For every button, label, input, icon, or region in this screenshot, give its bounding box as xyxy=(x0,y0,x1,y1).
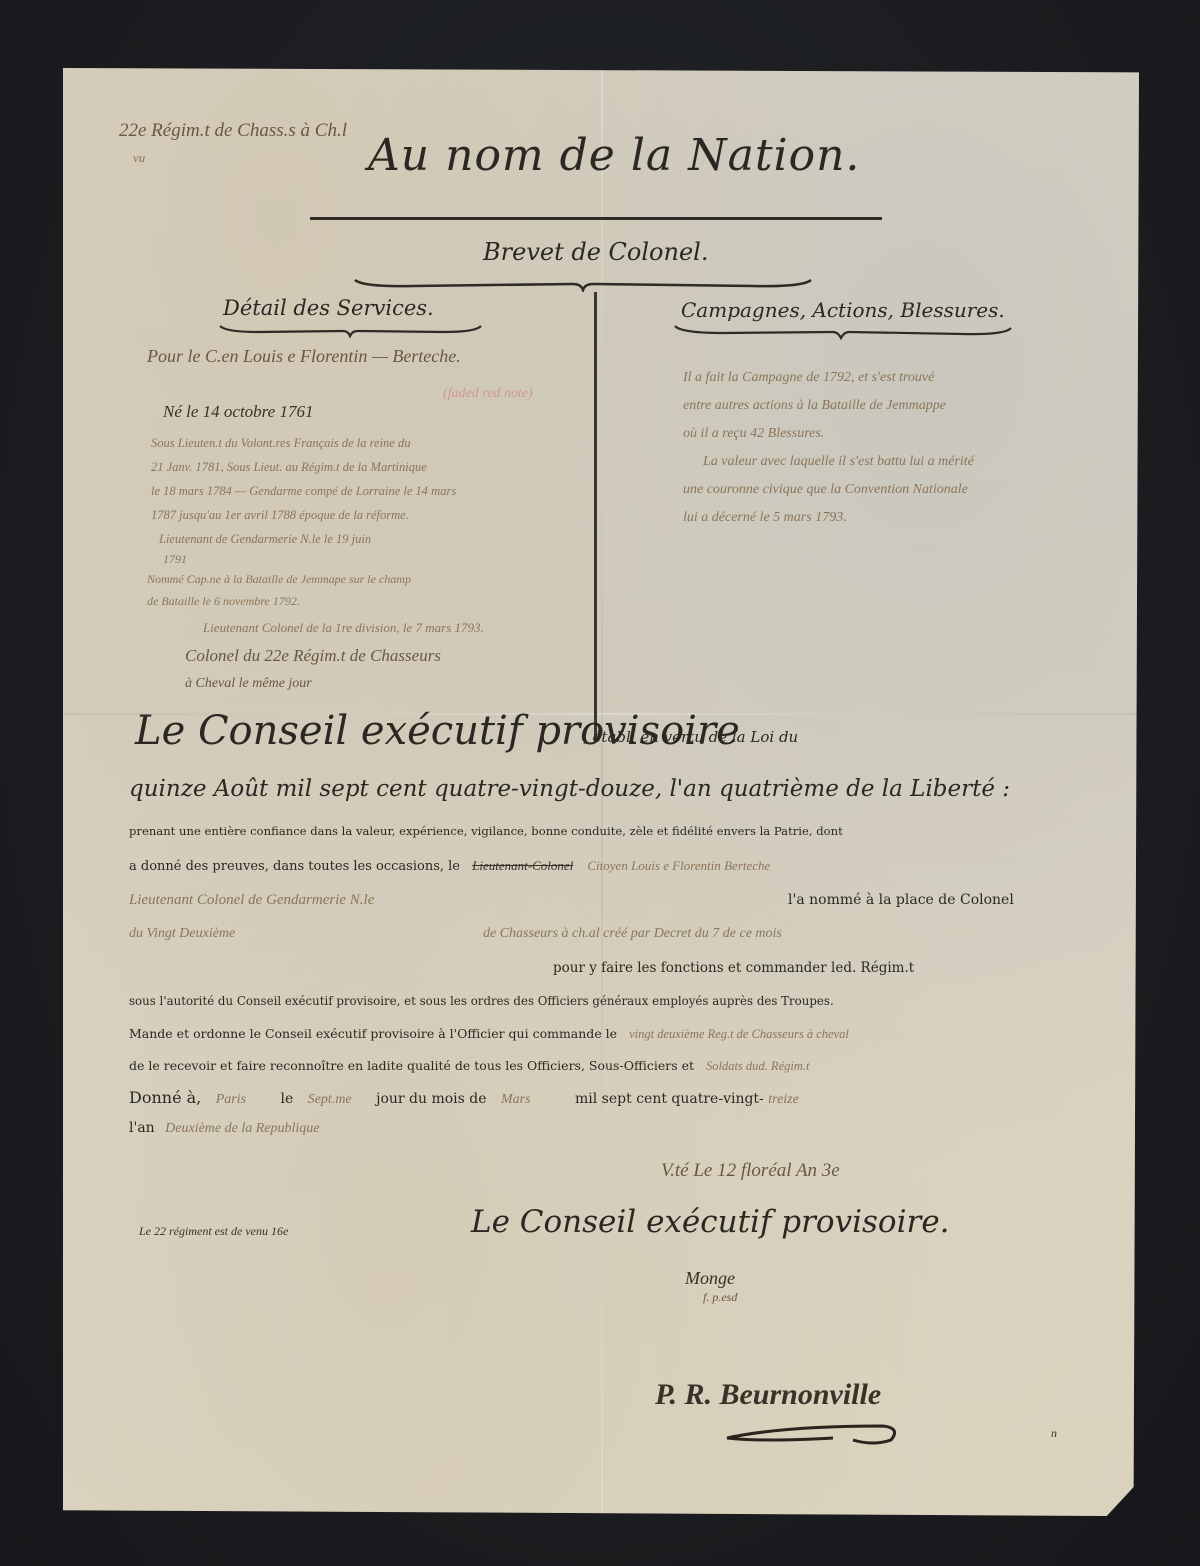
service-line: de Bataille le 6 novembre 1792. xyxy=(147,594,300,609)
subtitle-brace xyxy=(353,278,813,288)
top-note: 22e Régim.t de Chass.s à Ch.l xyxy=(119,120,347,142)
service-line: Nommé Cap.ne à la Bataille de Jemmape su… xyxy=(147,572,411,587)
campaign-line: Il a fait la Campagne de 1792, et s'est … xyxy=(683,370,934,386)
signature-beurnonville: P. R. Beurnonville xyxy=(655,1378,881,1412)
recipient-name-line: Pour le C.en Louis e Florentin — Bertech… xyxy=(147,346,461,367)
service-line: Lieutenant de Gendarmerie N.le le 19 jui… xyxy=(159,532,371,547)
registration-note: V.té Le 12 floréal An 3e xyxy=(661,1160,840,1182)
republic-year-line: l'an Deuxième de la Republique xyxy=(129,1120,319,1137)
service-line: Lieutenant Colonel de la 1re division, l… xyxy=(203,620,484,636)
column-divider xyxy=(594,292,597,742)
title-rule xyxy=(310,217,882,220)
body-line: pour y faire les fonctions et commander … xyxy=(553,960,914,976)
campaign-line: une couronne civique que la Convention N… xyxy=(683,482,968,498)
day: Sept.me xyxy=(308,1092,352,1107)
printed-text: Donné à, xyxy=(129,1088,201,1107)
handwritten-text: Soldats dud. Régim.t xyxy=(706,1059,809,1073)
body-line: prenant une entière confiance dans la va… xyxy=(129,824,843,838)
handwritten-text: vingt deuxième Reg.t de Chasseurs à chev… xyxy=(629,1027,849,1041)
top-note-vu: vu xyxy=(133,150,145,166)
given-at-line: Donné à, Paris le Sept.me jour du mois d… xyxy=(129,1088,799,1108)
closing-title: Le Conseil exécutif provisoire. xyxy=(471,1204,950,1240)
right-heading-brace xyxy=(673,324,1013,334)
handwritten-text: Deuxième de la Republique xyxy=(165,1121,319,1136)
service-line: Né le 14 octobre 1761 xyxy=(163,402,313,422)
service-line: 1787 jusqu'au 1er avril 1788 époque de l… xyxy=(151,508,409,523)
body-opening-rest: , établi en vertu de la Loi du xyxy=(583,728,798,746)
body-line-printed: l'a nommé à la place de Colonel xyxy=(788,892,1014,908)
body-line: Mande et ordonne le Conseil exécutif pro… xyxy=(129,1026,849,1042)
printed-text: mil sept cent quatre-vingt- xyxy=(575,1091,764,1107)
document-subtitle: Brevet de Colonel. xyxy=(483,238,708,266)
left-column-heading: Détail des Services. xyxy=(223,296,434,320)
body-line-hand: du Vingt Deuxième xyxy=(129,926,235,942)
body-line: sous l'autorité du Conseil exécutif prov… xyxy=(129,994,834,1008)
signature-monge: Monge xyxy=(685,1268,735,1289)
body-line-hand: de Chasseurs à ch.al créé par Decret du … xyxy=(483,926,782,942)
place: Paris xyxy=(216,1092,246,1107)
service-line: Colonel du 22e Régim.t de Chasseurs xyxy=(185,646,441,666)
campaign-line: entre autres actions à la Bataille de Je… xyxy=(683,398,946,414)
year: treize xyxy=(768,1092,799,1107)
printed-text: l'an xyxy=(129,1120,155,1136)
document-paper: 22e Régim.t de Chass.s à Ch.l vu Au nom … xyxy=(63,68,1139,1516)
printed-text: de le recevoir et faire reconnoître en l… xyxy=(129,1058,694,1073)
campaign-line: où il a reçu 42 Blessures. xyxy=(683,426,824,442)
printed-text: Mande et ordonne le Conseil exécutif pro… xyxy=(129,1026,617,1041)
service-line: 21 Janv. 1781, Sous Lieut. au Régim.t de… xyxy=(151,460,427,475)
body-line: de le recevoir et faire reconnoître en l… xyxy=(129,1058,809,1074)
left-heading-brace xyxy=(218,324,483,334)
signature-flourish xyxy=(723,1418,903,1452)
printed-text: jour du mois de xyxy=(376,1091,486,1107)
right-column-heading: Campagnes, Actions, Blessures. xyxy=(681,298,1005,322)
left-margin-note: Le 22 régiment est de venu 16e xyxy=(139,1224,288,1239)
month: Mars xyxy=(501,1092,531,1107)
campaign-line: lui a décerné le 5 mars 1793. xyxy=(683,510,847,526)
service-line: 1791 xyxy=(163,552,187,567)
corner-mark: n xyxy=(1051,1426,1057,1441)
body-line: a donné des preuves, dans toutes les occ… xyxy=(129,858,770,874)
service-line: le 18 mars 1784 — Gendarme compé de Lorr… xyxy=(151,484,456,499)
handwritten-text: Citoyen Louis e Florentin Berteche xyxy=(587,858,770,873)
body-line-hand: Lieutenant Colonel de Gendarmerie N.le xyxy=(129,892,374,909)
campaign-line: La valeur avec laquelle il s'est battu l… xyxy=(703,454,974,470)
printed-text: le xyxy=(281,1091,294,1107)
body-line: quinze Août mil sept cent quatre-vingt-d… xyxy=(129,776,1010,802)
service-line: Sous Lieuten.t du Volont.res Français de… xyxy=(151,436,410,451)
signature-monge-note: f. p.esd xyxy=(703,1290,737,1305)
struck-text: Lieutenant-Colonel xyxy=(472,858,573,873)
printed-text: a donné des preuves, dans toutes les occ… xyxy=(129,859,460,874)
page-title: Au nom de la Nation. xyxy=(368,130,860,181)
red-stamp-note: (faded red note) xyxy=(443,386,533,402)
service-line: à Cheval le même jour xyxy=(185,676,312,692)
